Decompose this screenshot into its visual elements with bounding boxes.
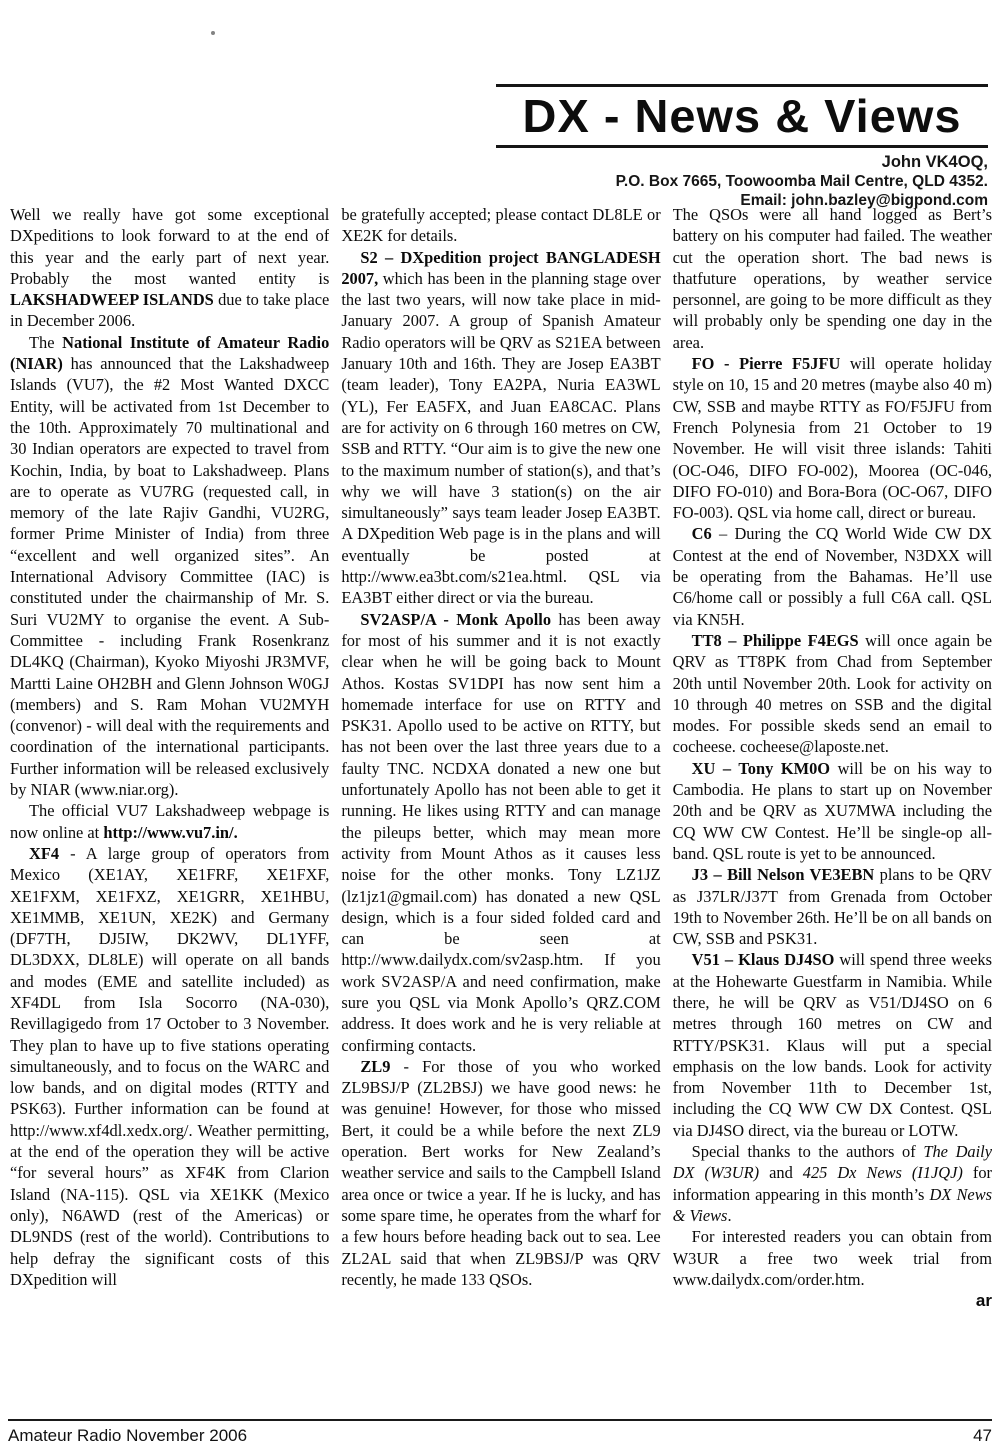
text-segment: will operate holiday style on 10, 15 and… — [673, 354, 992, 522]
paragraph: V51 – Klaus DJ4SO will spend three weeks… — [673, 949, 992, 1141]
masthead: DX - News & Views John VK4OQ, P.O. Box 7… — [496, 84, 988, 210]
byline-address: P.O. Box 7665, Toowoomba Mail Centre, QL… — [496, 172, 988, 191]
magazine-page: DX - News & Views John VK4OQ, P.O. Box 7… — [0, 0, 1000, 1456]
text-segment: The QSOs were all hand logged as Bert’s … — [673, 205, 992, 352]
text-segment: has been away for most of his summer and… — [341, 610, 660, 1055]
text-segment: C6 — [692, 524, 712, 543]
text-segment: The — [29, 333, 62, 352]
text-segment: – During the CQ World Wide CW DX Contest… — [673, 524, 992, 628]
scan-artifact-dot — [211, 31, 215, 35]
text-segment: will spend three weeks at the Hohewarte … — [673, 950, 992, 1139]
text-segment: . — [727, 1206, 731, 1225]
text-segment: ZL9 — [360, 1057, 390, 1076]
text-segment: be gratefully accepted; please contact D… — [341, 205, 660, 245]
text-segment: - For those of you who worked ZL9BSJ/P (… — [341, 1057, 660, 1289]
text-segment: V51 – Klaus DJ4SO — [692, 950, 835, 969]
paragraph: J3 – Bill Nelson VE3EBN plans to be QRV … — [673, 864, 992, 949]
text-segment: SV2ASP/A - Monk Apollo — [360, 610, 551, 629]
footer-journal-title: Amateur Radio November 2006 — [8, 1426, 247, 1446]
text-segment: http://www.vu7.in/. — [103, 823, 237, 842]
article-body: Well we really have got some exceptional… — [10, 204, 992, 1414]
paragraph: C6 – During the CQ World Wide CW DX Cont… — [673, 523, 992, 629]
paragraph: S2 – DXpedition project BANGLADESH 2007,… — [341, 247, 660, 609]
text-segment: which has been in the planning stage ove… — [341, 269, 660, 607]
text-segment: and — [759, 1163, 803, 1182]
text-segment: has announced that the Lakshadweep Islan… — [10, 354, 329, 799]
text-segment: For interested readers you can obtain fr… — [673, 1227, 992, 1289]
text-segment: Well we really have got some exceptional… — [10, 205, 329, 288]
paragraph: Special thanks to the authors of The Dai… — [673, 1141, 992, 1226]
page-footer: Amateur Radio November 2006 47 — [8, 1419, 992, 1446]
paragraph: FO - Pierre F5JFU will operate holiday s… — [673, 353, 992, 523]
column-2: be gratefully accepted; please contact D… — [341, 204, 660, 1414]
text-segment: TT8 – Philippe F4EGS — [692, 631, 859, 650]
column-3: The QSOs were all hand logged as Bert’s … — [673, 204, 992, 1414]
masthead-bottom-rule — [496, 145, 988, 148]
paragraph: The National Institute of Amateur Radio … — [10, 332, 329, 801]
byline: John VK4OQ, P.O. Box 7665, Toowoomba Mai… — [496, 152, 988, 210]
paragraph: SV2ASP/A - Monk Apollo has been away for… — [341, 609, 660, 1056]
text-segment: ar — [976, 1291, 992, 1310]
column-1: Well we really have got some exceptional… — [10, 204, 329, 1414]
text-segment: LAKSHADWEEP ISLANDS — [10, 290, 214, 309]
text-segment: 425 Dx News (I1JQJ) — [803, 1163, 963, 1182]
page-title: DX - News & Views — [491, 87, 993, 145]
byline-author: John VK4OQ, — [496, 152, 988, 172]
paragraph: The official VU7 Lakshadweep webpage is … — [10, 800, 329, 843]
paragraph: ar — [673, 1290, 992, 1311]
text-segment: FO - Pierre F5JFU — [692, 354, 841, 373]
text-segment: Special thanks to the authors of — [692, 1142, 924, 1161]
paragraph: TT8 – Philippe F4EGS will once again be … — [673, 630, 992, 758]
text-segment: - A large group of operators from Mexico… — [10, 844, 329, 1289]
paragraph: be gratefully accepted; please contact D… — [341, 204, 660, 247]
paragraph: XU – Tony KM0O will be on his way to Cam… — [673, 758, 992, 864]
paragraph: For interested readers you can obtain fr… — [673, 1226, 992, 1290]
paragraph: Well we really have got some exceptional… — [10, 204, 329, 332]
paragraph: XF4 - A large group of operators from Me… — [10, 843, 329, 1290]
text-segment: XF4 — [29, 844, 59, 863]
footer-page-number: 47 — [973, 1426, 992, 1446]
paragraph: The QSOs were all hand logged as Bert’s … — [673, 204, 992, 353]
paragraph: ZL9 - For those of you who worked ZL9BSJ… — [341, 1056, 660, 1290]
text-segment: XU – Tony KM0O — [692, 759, 830, 778]
text-segment: J3 – Bill Nelson VE3EBN — [692, 865, 875, 884]
